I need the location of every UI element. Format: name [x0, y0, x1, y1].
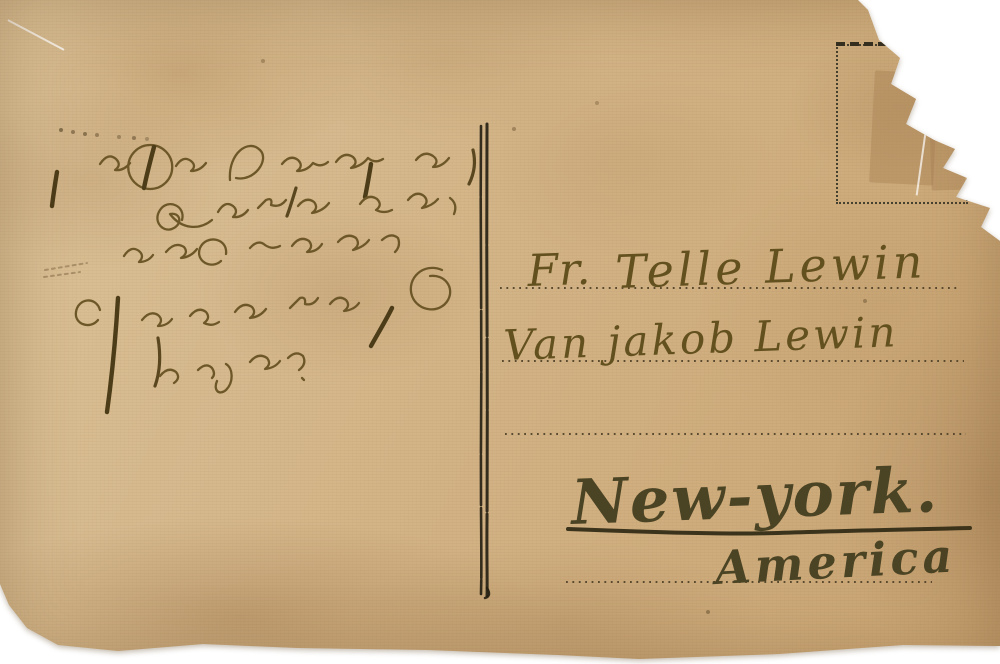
crease-mark	[928, 36, 950, 87]
postcard: Fr. Telle Lewin Van jakob Lewin New-york…	[0, 0, 1000, 664]
crease-mark	[961, 107, 981, 175]
postcard-wrap: Fr. Telle Lewin Van jakob Lewin New-york…	[0, 0, 1000, 664]
scan-background: Fr. Telle Lewin Van jakob Lewin New-york…	[0, 0, 1000, 664]
edge-vignette	[0, 0, 1000, 664]
